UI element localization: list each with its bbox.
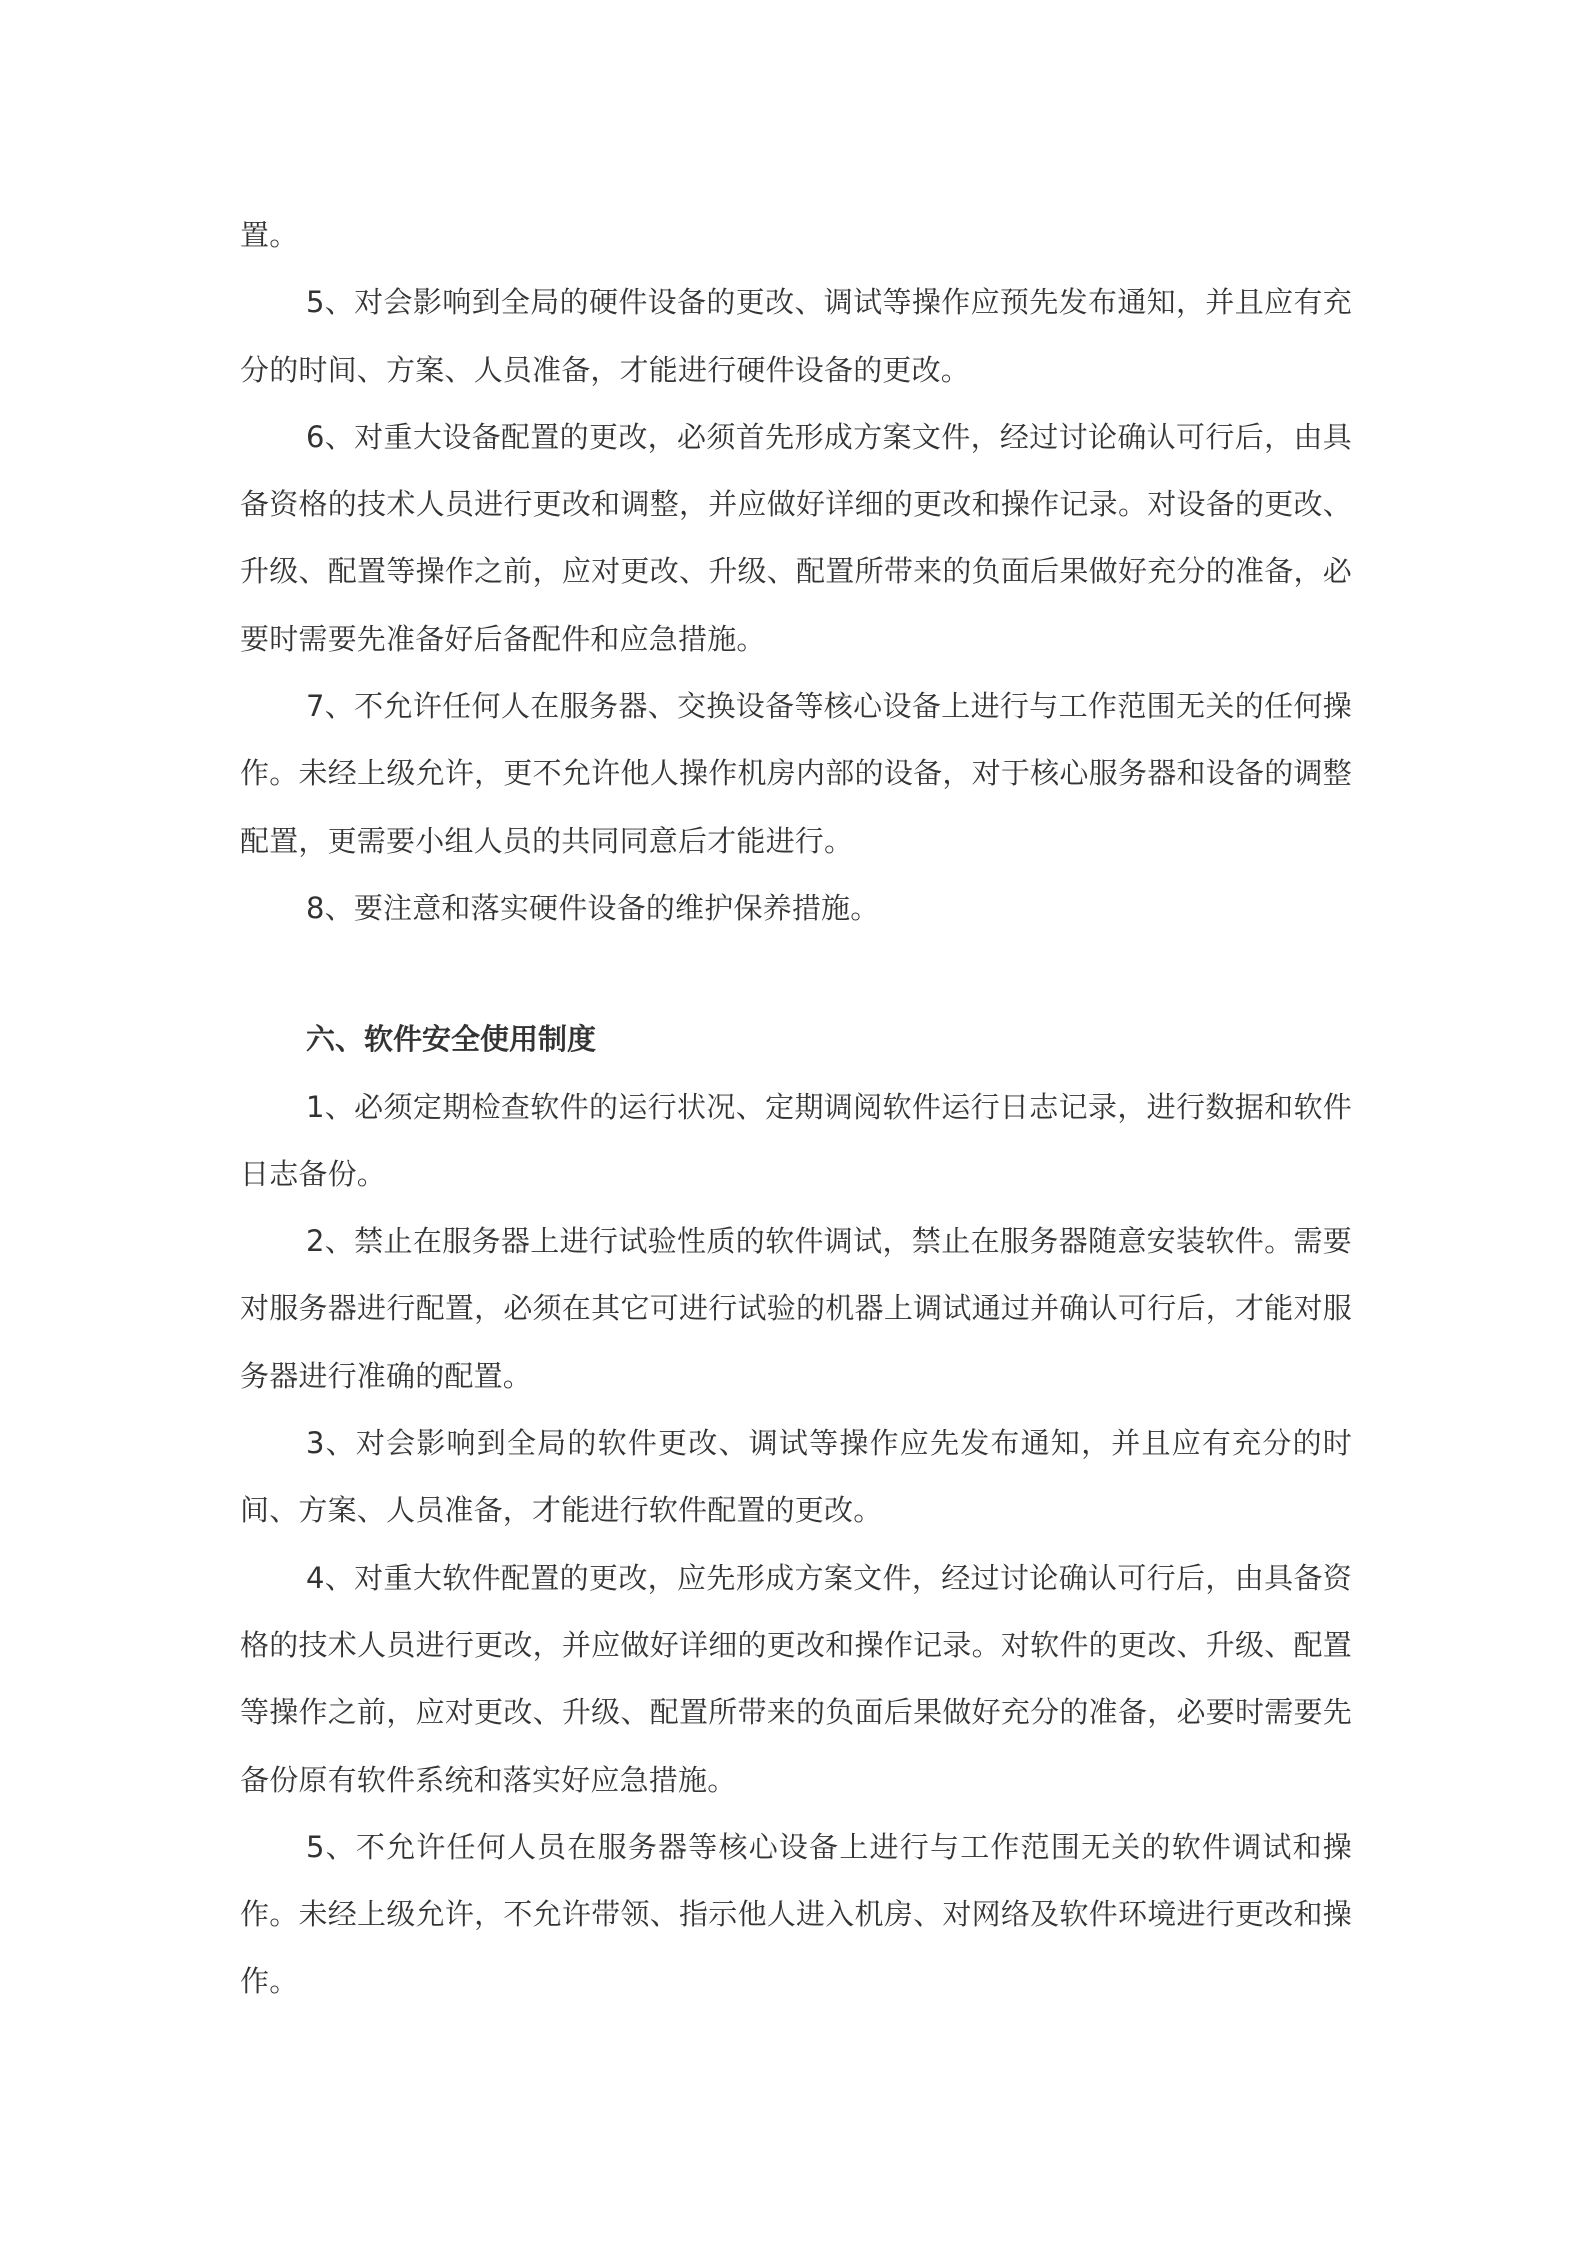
software-item-4: 4、对重大软件配置的更改，应先形成方案文件，经过讨论确认可行后，由具备资格的技术… bbox=[240, 1545, 1352, 1814]
hardware-item-6: 6、对重大设备配置的更改，必须首先形成方案文件，经过讨论确认可行后，由具备资格的… bbox=[240, 404, 1352, 673]
software-item-1: 1、必须定期检查软件的运行状况、定期调阅软件运行日志记录，进行数据和软件日志备份… bbox=[240, 1074, 1352, 1209]
section-heading-software-security: 六、软件安全使用制度 bbox=[240, 1006, 1352, 1073]
software-item-2: 2、禁止在服务器上进行试验性质的软件调试，禁止在服务器随意安装软件。需要对服务器… bbox=[240, 1208, 1352, 1410]
continuation-text: 置。 bbox=[240, 202, 1352, 269]
hardware-item-7: 7、不允许任何人在服务器、交换设备等核心设备上进行与工作范围无关的任何操作。未经… bbox=[240, 673, 1352, 875]
document-page: 置。 5、对会影响到全局的硬件设备的更改、调试等操作应预先发布通知，并且应有充分… bbox=[240, 202, 1352, 2016]
software-item-3: 3、对会影响到全局的软件更改、调试等操作应先发布通知，并且应有充分的时间、方案、… bbox=[240, 1410, 1352, 1545]
hardware-item-8: 8、要注意和落实硬件设备的维护保养措施。 bbox=[240, 875, 1352, 942]
software-item-5: 5、不允许任何人员在服务器等核心设备上进行与工作范围无关的软件调试和操作。未经上… bbox=[240, 1814, 1352, 2016]
hardware-item-5: 5、对会影响到全局的硬件设备的更改、调试等操作应预先发布通知，并且应有充分的时间… bbox=[240, 269, 1352, 404]
